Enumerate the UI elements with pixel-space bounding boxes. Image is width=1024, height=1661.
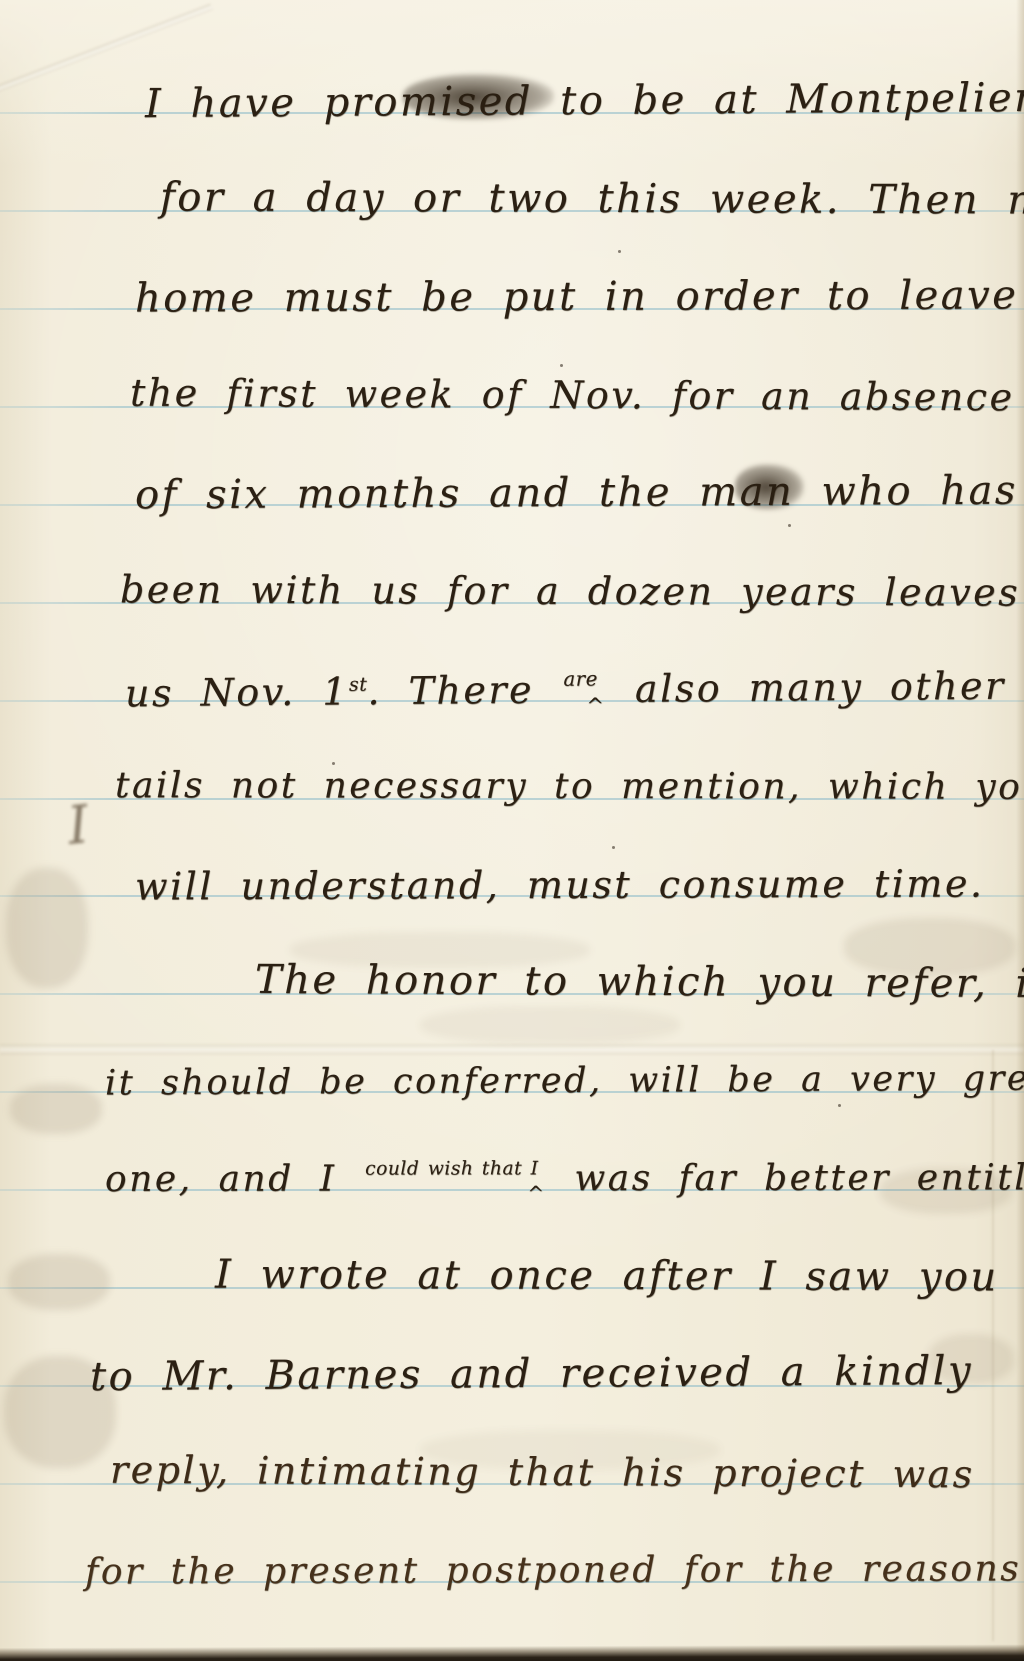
letter-text-segment: tails not necessary to mention, which yo… <box>115 766 1024 809</box>
ink-speck <box>838 1104 841 1107</box>
paper-edge-shading <box>1016 0 1024 1661</box>
letter-line-10: The honor to which you refer, if <box>255 960 1024 1004</box>
letter-line-4: the first week of Nov. for an absence <box>130 374 1015 417</box>
letter-text-segment: home must be put in order to leave <box>135 272 1019 321</box>
letter-line-3: home must be put in order to leave <box>135 275 1018 318</box>
ink-speck <box>332 762 335 765</box>
letter-text-segment: reply, intimating that his project was <box>110 1448 975 1497</box>
letter-text-segment: us Nov. 1 <box>125 669 349 715</box>
letter-text-segment: been with us for a dozen years leaves <box>120 567 1020 614</box>
letter-text-segment: I have <box>145 80 324 127</box>
letter-line-5: of six months and the man who has <box>135 470 1018 515</box>
letter-line-8: tails not necessary to mention, which yo… <box>115 769 1024 807</box>
letter-line-13: I wrote at once after I saw you <box>215 1255 999 1298</box>
ink-speck <box>612 846 615 849</box>
showthrough-mark <box>10 1084 102 1134</box>
showthrough-mark <box>420 1006 680 1044</box>
letter-text-segment: was far better entitled to it. <box>548 1157 1024 1199</box>
letter-text-segment: I wrote at once after I saw you <box>215 1252 999 1301</box>
letter-text-segment: The honor to which you refer, if <box>255 957 1024 1007</box>
seg-sup: st <box>349 673 368 695</box>
letter-line-12: one, and I could wish that I^ was far be… <box>105 1160 1024 1198</box>
letter-line-16: for the present postponed for the reason… <box>85 1551 1021 1590</box>
seg-blot: man <box>699 468 794 514</box>
letter-text-segment: will understand, must consume time. <box>135 861 985 908</box>
letter-text-segment: also many other de= <box>608 663 1024 711</box>
showthrough-mark <box>6 868 88 988</box>
letter-text-segment: to be at Montpelier <box>533 75 1024 125</box>
letter-line-11: it should be conferred, will be a very g… <box>105 1061 1024 1101</box>
letter-text-segment: one, and I <box>105 1159 362 1200</box>
seg-caret: ^ <box>527 1184 546 1204</box>
ink-speck <box>618 250 621 253</box>
page-bottom-edge <box>0 1644 1024 1661</box>
letter-line-14: to Mr. Barnes and received a kindly <box>90 1351 973 1397</box>
ink-speck <box>560 364 563 367</box>
showthrough-mark <box>8 1254 110 1310</box>
letter-text-segment: . There <box>367 667 561 713</box>
seg-blot: promised <box>323 78 533 125</box>
letter-line-2: for a day or two this week. Then my <box>160 177 1024 220</box>
margin-ink-mark: I <box>65 795 92 857</box>
letter-text-segment: for the present postponed for the reason… <box>85 1548 1021 1592</box>
ink-speck <box>788 524 791 527</box>
paper-fold-horizontal <box>0 1044 1024 1055</box>
letter-line-1: I have promised to be at Montpelier <box>145 78 1024 124</box>
letter-line-7: us Nov. 1st. There are^ also many other … <box>125 666 1024 713</box>
letter-line-6: been with us for a dozen years leaves <box>120 570 1020 611</box>
letter-page: I have promised to be at Montpelierfor a… <box>0 0 1024 1661</box>
letter-text-segment: to Mr. Barnes and received a kindly <box>90 1348 973 1400</box>
letter-text-segment: it should be conferred, will be a very g… <box>105 1058 1024 1103</box>
seg-caret: ^ <box>586 695 606 716</box>
letter-text-segment: the first week of Nov. for an absence <box>130 371 1015 420</box>
seg-ins: are <box>563 669 598 689</box>
seg-ins: could wish that I <box>365 1160 538 1179</box>
letter-line-15: reply, intimating that his project was <box>110 1451 975 1494</box>
letter-text-segment: of six months and the <box>135 469 699 518</box>
letter-text-segment: who has <box>794 467 1018 514</box>
letter-line-9: will understand, must consume time. <box>135 864 985 905</box>
letter-text-segment: for a day or two this week. Then my <box>160 174 1024 223</box>
